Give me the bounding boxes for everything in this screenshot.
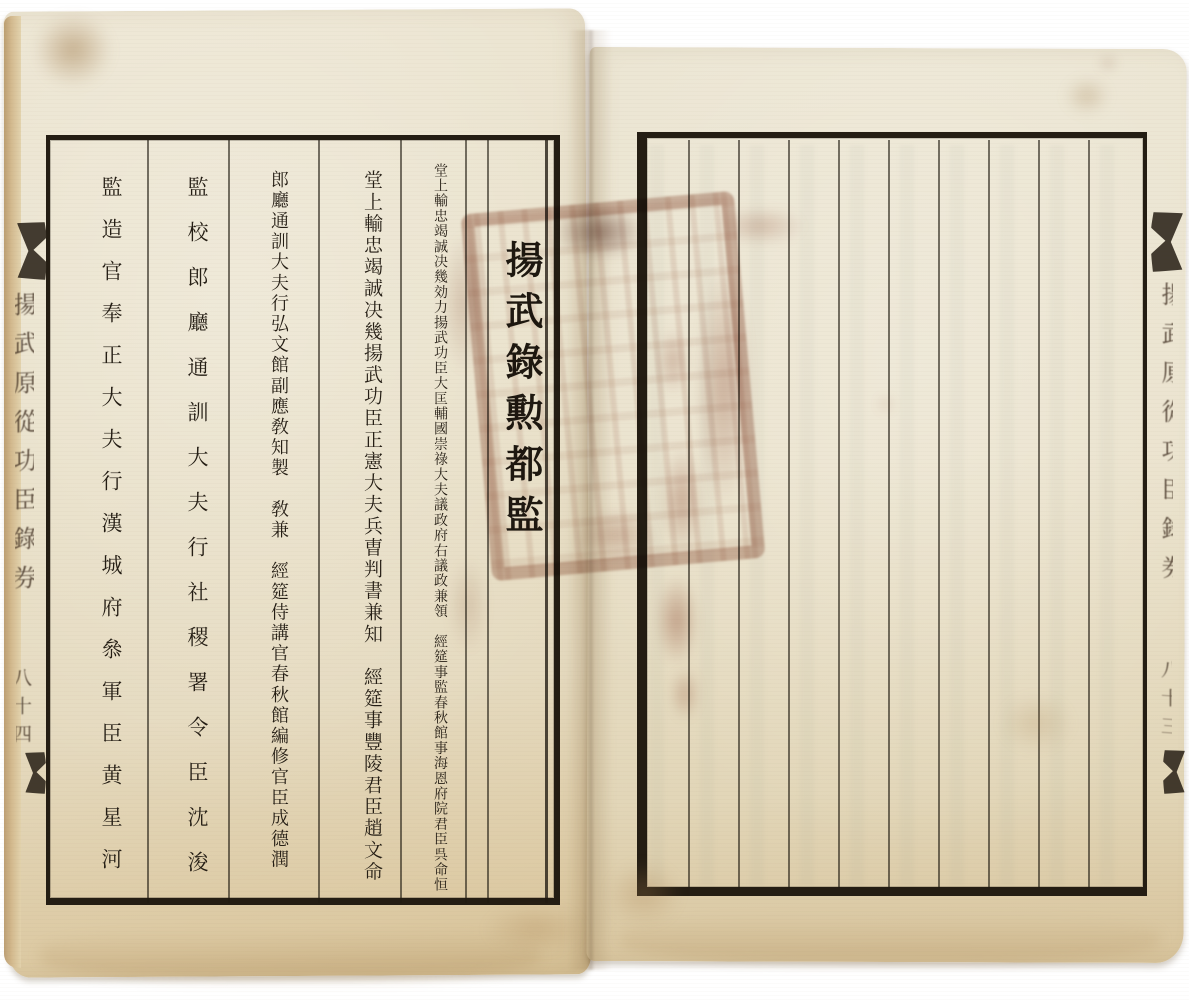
signatory-column-sim-jun: 監校郎廳通訓大夫行社稷署令臣沈浚	[167, 176, 207, 896]
right-page-frame	[637, 132, 1147, 896]
column-rule	[938, 140, 940, 888]
signatory-column-hwang-seongha: 監造官奉正大夫行漢城府叅軍臣黄星河	[81, 176, 121, 890]
signatory-column-seong-deokyun: 郎廳通訓大夫行弘文館副應敎知製 敎兼 經筵侍講官春秋館編修官臣成德潤	[247, 170, 287, 870]
column-rule	[400, 140, 402, 903]
column-rule	[147, 140, 149, 903]
column-rule	[688, 140, 690, 888]
column-rule	[888, 140, 890, 888]
column-rule	[1038, 140, 1040, 888]
book-photo: 揚武錄勲都監 堂上輸忠竭誠决幾効力揚武功臣大匡輔國崇祿大夫議政府右議政兼領 經筵…	[0, 0, 1189, 1000]
column-rule	[465, 140, 467, 903]
signatory-column-jo-munmyeong: 堂上輸忠竭誠决幾揚武功臣正憲大夫兵曺判書兼知 經筵事豐陵君臣趙文命	[341, 170, 381, 883]
column-rule	[738, 140, 740, 888]
page-title-column: 揚武錄勲都監	[492, 240, 540, 546]
column-rule	[228, 140, 230, 903]
column-rule	[1088, 140, 1090, 888]
column-rule	[318, 140, 320, 903]
column-rule	[487, 140, 489, 903]
column-rule	[545, 140, 548, 903]
column-rule	[838, 140, 840, 888]
page-gutter	[568, 30, 612, 970]
column-rule	[788, 140, 790, 888]
fold-edge-title-right: 揚武原從功臣錄券	[1153, 282, 1173, 702]
left-page-frame	[46, 135, 560, 905]
column-rule	[988, 140, 990, 888]
signatory-column-o-myeonghang: 堂上輸忠竭誠决幾効力揚武功臣大匡輔國崇祿大夫議政府右議政兼領 經筵事監春秋館事海…	[407, 163, 447, 893]
fold-edge-title-left: 揚武原從功臣錄券	[15, 292, 34, 702]
